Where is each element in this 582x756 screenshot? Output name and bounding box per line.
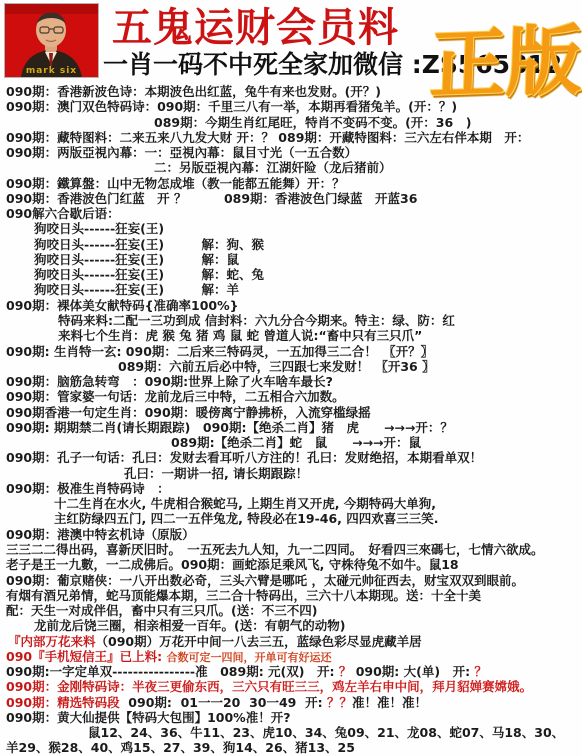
text-segment: 090期：鐵算盤：山中无物怎成堆（教一能都五能舞）开：？ (6, 176, 345, 191)
highlight-segment: ？？ (327, 695, 352, 710)
text-line: 090期：精选特码段 090期: 01一一20 30一49 开: ？？准！准！准… (6, 695, 582, 710)
text-segment: 二：另版亞視內幕：江湖奸险（龙后猪前） (154, 160, 392, 175)
text-line: 089期：六前五后必中特，三四跟七来发财！ 〖开36 〗 (6, 359, 582, 374)
page-title: 五鬼运财会员料 (112, 6, 399, 50)
text-segment: （090期）万花开中间一八去三五，蓝绿色彩尽显虎藏羊居 (96, 634, 422, 649)
text-segment: 十二生肖在水火, 牛虎相合猴蛇马, 上期生肖又开虎, 今期特码大单狗, (54, 496, 436, 511)
text-line: 龙前龙后饶三圈，相亲相爱一百年。(送：有朝气的动物) (6, 618, 582, 633)
text-line: 090期：藏特图料：二来五来八九发大财 开：？ 089期：开藏特图料：三六左右伴… (6, 130, 582, 145)
text-line: 090期：孔子一句话：孔曰：发财去看耳听八方注的！孔曰：发财绝招，本期看单双！ (6, 450, 582, 465)
text-line: 鼠12、24、36、牛11、23、虎10、34、兔09、21、龙08、蛇07、马… (6, 725, 582, 740)
body-lines: 090期：香港新波色诗：本期波色出红蓝，兔牛有来也发财。(开？)090期：澳门双… (0, 84, 582, 756)
text-segment: 090期：孔子一句话：孔曰：发财去看耳听八方注的！孔曰：发财绝招，本期看单双！ (6, 450, 482, 465)
highlight-segment: ？ (474, 664, 487, 679)
highlight-segment: 090期：金刚特码诗： (6, 679, 132, 694)
text-segment: 龙前龙后饶三圈，相亲相爱一百年。(送：有朝气的动物) (34, 618, 345, 633)
text-segment: 090期：两版亞視內幕：一：亞視內幕：鼠目寸光（一五合数） (6, 145, 357, 160)
text-line: 090期香港一句定生肖：090期：暖傍离宁静拂桥，入流穿槛绿摇 (6, 405, 582, 420)
text-segment: 089期：六前五后必中特，三四跟七来发财！ 〖开36 〗 (118, 359, 435, 374)
text-segment: 090期：香港新波色诗：本期波色出红蓝，兔牛有来也发财。(开？) (6, 84, 381, 99)
text-line: 090期：香港波色门红蓝 开 ？ 089期：香港波色门绿蓝 开蓝36 (6, 191, 582, 206)
highlight-segment: 090期：精选特码段 (6, 695, 120, 710)
text-line: 090期:一字定单双----------------准 089期: 元(双) 开… (6, 664, 582, 679)
text-segment: 090期：裸体美女献特码{准确率100%} (6, 298, 239, 313)
text-line: 090期：港澳中特玄机诗（原版） (6, 527, 582, 542)
text-segment: 089期:【绝杀二肖】蛇 鼠 →→→开：鼠 (171, 435, 421, 450)
text-line: 090期：香港新波色诗：本期波色出红蓝，兔牛有来也发财。(开？) (6, 84, 582, 99)
lottery-tip-sheet: mark six 五鬼运财会员料 一肖一码不中死全家加微信 :ZS565812 … (0, 0, 582, 756)
text-line: 狗咬日头------狂妄(王) 解：狗、猴 (6, 237, 582, 252)
text-segment: 090解六合歇后语： (6, 206, 120, 221)
header: mark six 五鬼运财会员料 一肖一码不中死全家加微信 :ZS565812 … (0, 0, 582, 84)
text-segment: 090期: 生肖特一玄: 090期：二后来三特码灵，一五加得三二合！ 〖开？〗 (6, 344, 433, 359)
text-segment: 090期：澳门双色特码诗：090期：千里三八有一举，本期再看猪兔羊。(开：？) (6, 99, 457, 114)
text-segment: 鼠12、24、36、牛11、23、虎10、34、兔09、21、龙08、蛇07、马… (88, 725, 564, 740)
text-line: 有烟有酒兄弟情，蛇马顶能爆本期，三二合十特码出，三六十八本期现。送：十全十美 (6, 588, 582, 603)
text-segment: 090期香港一句定生肖：090期：暖傍离宁静拂桥，入流穿槛绿摇 (6, 405, 371, 420)
highlight-segment: 『内部万花来料 (8, 634, 96, 649)
wechat-contact-line: 一肖一码不中死全家加微信 :ZS565812 (103, 51, 562, 79)
text-line: 十二生肖在水火, 牛虎相合猴蛇马, 上期生肖又开虎, 今期特码大单狗, (6, 496, 582, 511)
highlight-segment: 090『手机短信王』已上料: (6, 649, 166, 664)
highlight-segment: 半夜三更偷东西，三六只有旺三三，鸡左羊右申中间，拜月貂婵赛嫦娥。 (132, 679, 532, 694)
text-line: 090期：管家婆一句话：龙前龙后三中特，二五相合六加数。 (6, 389, 582, 404)
text-line: 二：另版亞視內幕：江湖奸险（龙后猪前） (6, 160, 582, 175)
text-segment: 孔曰：一期讲一招, 请长期跟踪！ (124, 466, 308, 481)
text-segment: 狗咬日头------狂妄(王) (34, 221, 164, 236)
text-line: 090期：葡京赌侠：一八开出数必奇，三头六臂是哪吒 ，太碰元帅征西去，财宝双双到… (6, 573, 582, 588)
text-segment: 狗咬日头------狂妄(王) 解：蛇、兔 (34, 267, 264, 282)
text-segment: 主红防绿四五门, 四二一五伴兔龙, 特段必在19-46, 四四欢喜三三笑. (54, 511, 439, 526)
text-segment: 特码来料:二配一三功到成 信封料：六九分合今期来。特主：绿、防：红 (58, 313, 455, 328)
text-segment: 羊29、猴28、40、鸡15、27、39、狗14、26、猪13、25 (6, 740, 355, 755)
text-line: 来料七个生肖：虎 猴 兔 猪 鸡 鼠 蛇 曾道人说:“畜中只有三只爪” (6, 328, 582, 343)
photo-caption: mark six (5, 66, 98, 76)
text-segment: 090期：极准生肖特码诗 ： (6, 481, 170, 496)
text-segment: 090期：港澳中特玄机诗（原版） (6, 527, 195, 542)
text-line: 羊29、猴28、40、鸡15、27、39、狗14、26、猪13、25 (6, 740, 582, 755)
text-segment: 090期：香港波色门红蓝 开 ？ 089期：香港波色门绿蓝 开蓝36 (6, 191, 417, 206)
text-segment: 090期:一字定单双----------------准 089期: 元(双) 开… (6, 664, 339, 679)
highlight-segment: 合数可定一四间，开单可有好运还 (166, 651, 331, 664)
text-line: 090期: 生肖特一玄: 090期：二后来三特码灵，一五加得三二合！ 〖开？〗 (6, 344, 582, 359)
text-segment: 090期：葡京赌侠：一八开出数必奇，三头六臂是哪吒 ，太碰元帅征西去，财宝双双到… (6, 573, 524, 588)
text-segment: 090期：黄大仙提供【特码大包围】100%准！开? (6, 710, 290, 725)
text-segment: 狗咬日头------狂妄(王) 解：鼠 (34, 252, 239, 267)
text-line: 090『手机短信王』已上料: 合数可定一四间，开单可有好运还 (6, 649, 582, 664)
text-line: 090期：澳门双色特码诗：090期：千里三八有一举，本期再看猪兔羊。(开：？) (6, 99, 582, 114)
text-line: 090期：极准生肖特码诗 ： (6, 481, 582, 496)
text-line: 狗咬日头------狂妄(王) (6, 221, 582, 236)
text-line: 孔曰：一期讲一招, 请长期跟踪！ (6, 466, 582, 481)
text-line: 090期：金刚特码诗：半夜三更偷东西，三六只有旺三三，鸡左羊右申中间，拜月貂婵赛… (6, 679, 582, 694)
text-line: 老子是王一九數，一二成佛后。090期：画蛇添足乘风飞, 守株待兔不如牛。鼠18 (6, 557, 582, 572)
text-line: 090期：脑筋急转弯 ：090期:世界上除了火车啥车最长? (6, 374, 582, 389)
text-line: 090期：鐵算盤：山中无物怎成堆（教一能都五能舞）开：？ (6, 176, 582, 191)
text-segment: 配：天生一对成伴侣，畜中只有三只爪。(送：不三不四) (6, 603, 317, 618)
text-line: 主红防绿四五门, 四二一五伴兔龙, 特段必在19-46, 四四欢喜三三笑. (6, 511, 582, 526)
text-line: 090期：裸体美女献特码{准确率100%} (6, 298, 582, 313)
text-segment: 090期：脑筋急转弯 ：090期:世界上除了火车啥车最长? (6, 374, 333, 389)
text-segment: 狗咬日头------狂妄(王) 解：狗、猴 (34, 237, 264, 252)
text-segment: 090期：藏特图料：二来五来八九发大财 开：？ 089期：开藏特图料：三六左右伴… (6, 130, 529, 145)
text-segment: 089期：今期生肖红尾旺，特肖不变码不变。(开：36 ) (154, 115, 471, 130)
text-segment: 来料七个生肖：虎 猴 兔 猪 鸡 鼠 蛇 曾道人说:“畜中只有三只爪” (58, 328, 422, 343)
text-segment: 090期：管家婆一句话：龙前龙后三中特，二五相合六加数。 (6, 389, 345, 404)
text-line: 090期: 期期禁二肖(请长期跟踪) 090期:【绝杀二肖】猪 虎 →→→开：？ (6, 420, 582, 435)
text-segment: 老子是王一九數，一二成佛后。090期：画蛇添足乘风飞, 守株待兔不如牛。鼠18 (6, 557, 459, 572)
highlight-segment: ？ (339, 664, 352, 679)
text-line: 特码来料:二配一三功到成 信封料：六九分合今期来。特主：绿、防：红 (6, 313, 582, 328)
text-segment: 有烟有酒兄弟情，蛇马顶能爆本期，三二合十特码出，三六十八本期现。送：十全十美 (6, 588, 481, 603)
text-segment: 三三二二得出码，喜新厌旧时。 一五死去九人知，九一二四同。 好看四三來碼七，七情… (6, 542, 544, 557)
text-line: 090期：两版亞視內幕：一：亞視內幕：鼠目寸光（一五合数） (6, 145, 582, 160)
text-line: 三三二二得出码，喜新厌旧时。 一五死去九人知，九一二四同。 好看四三來碼七，七情… (6, 542, 582, 557)
text-line: 狗咬日头------狂妄(王) 解：羊 (6, 282, 582, 297)
text-segment: 090期: 大(单) 开: (351, 664, 474, 679)
text-segment: 090期: 期期禁二肖(请长期跟踪) 090期:【绝杀二肖】猪 虎 →→→开：？ (6, 420, 453, 435)
text-line: 090期：黄大仙提供【特码大包围】100%准！开? (6, 710, 582, 725)
text-segment: 狗咬日头------狂妄(王) 解：羊 (34, 282, 239, 297)
text-segment: 090期: 01一一20 30一49 开: (120, 695, 327, 710)
text-line: 配：天生一对成伴侣，畜中只有三只爪。(送：不三不四) (6, 603, 582, 618)
text-line: 089期：今期生肖红尾旺，特肖不变码不变。(开：36 ) (6, 115, 582, 130)
text-line: 狗咬日头------狂妄(王) 解：鼠 (6, 252, 582, 267)
text-line: 090解六合歇后语： (6, 206, 582, 221)
text-segment: 准！准！准！ (352, 695, 427, 710)
text-line: 089期:【绝杀二肖】蛇 鼠 →→→开：鼠 (6, 435, 582, 450)
portrait-photo: mark six (4, 3, 99, 78)
text-line: 狗咬日头------狂妄(王) 解：蛇、兔 (6, 267, 582, 282)
text-line: 『内部万花来料（090期）万花开中间一八去三五，蓝绿色彩尽显虎藏羊居 (6, 634, 582, 649)
